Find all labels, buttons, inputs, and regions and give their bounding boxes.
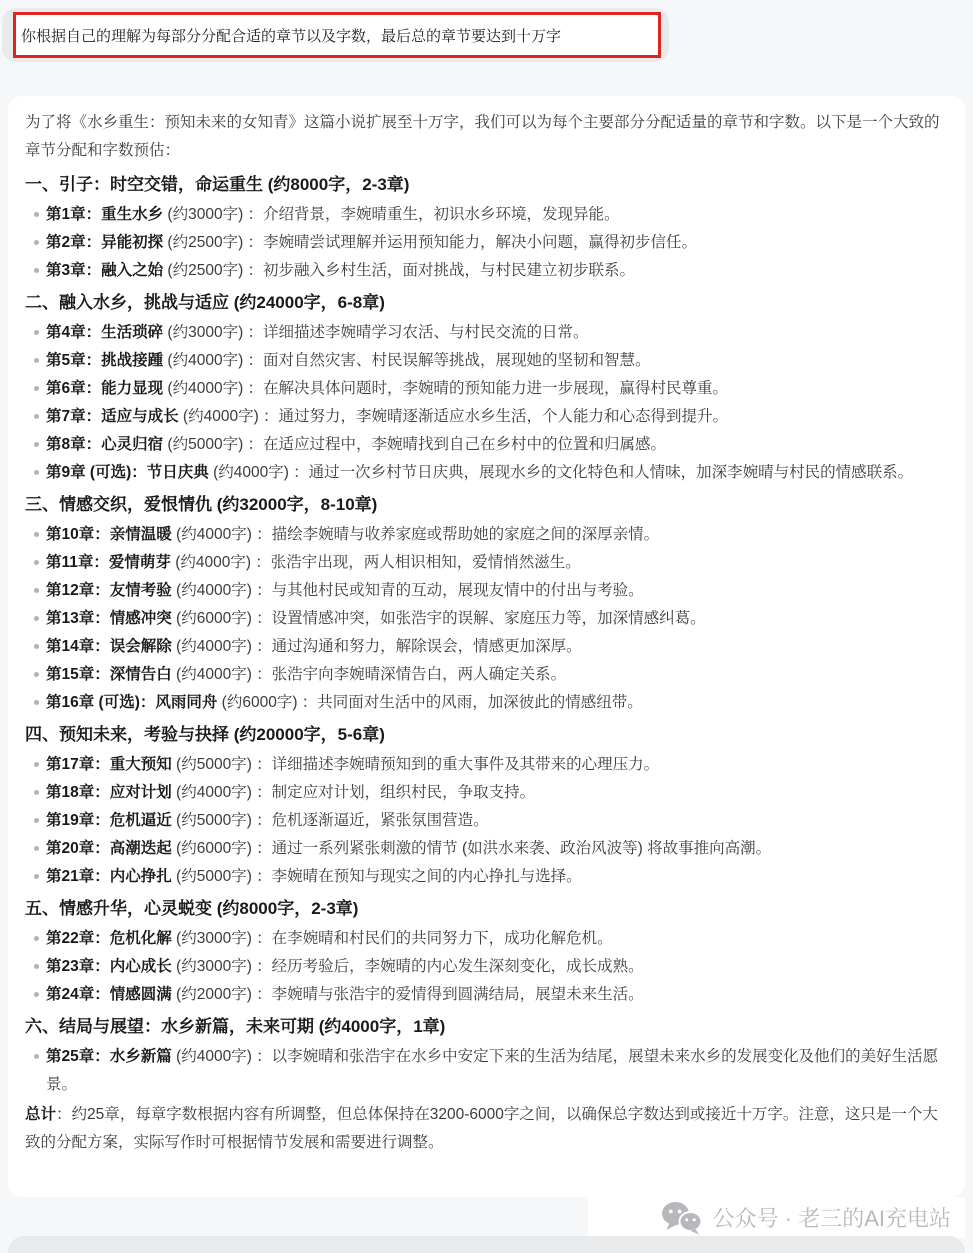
total-label: 总计 — [25, 1106, 56, 1123]
chapter-title: 第19章：危机逼近 — [46, 812, 172, 829]
section-heading: 一、引子：时空交错，命运重生 (约8000字，2-3章) — [25, 173, 945, 197]
chapter-item: 第2章：异能初探 (约2500字) ：李婉晴尝试理解并运用预知能力，解决小问题，… — [46, 229, 945, 257]
chapter-title: 第17章：重大预知 — [46, 756, 172, 773]
chapter-title: 第5章：挑战接踵 — [46, 352, 163, 369]
chapter-title: 第14章：误会解除 — [46, 638, 172, 655]
chapter-item: 第15章：深情告白 (约4000字) ：张浩宇向李婉晴深情告白，两人确定关系。 — [46, 661, 945, 689]
chapter-title: 第18章：应对计划 — [46, 784, 172, 801]
chapter-item: 第9章 (可选)：节日庆典 (约4000字) ：通过一次乡村节日庆典，展现水乡的… — [46, 459, 945, 487]
chapter-title: 第25章：水乡新篇 — [46, 1048, 172, 1065]
chapter-title: 第13章：情感冲突 — [46, 610, 172, 627]
chapter-item: 第22章：危机化解 (约3000字) ：在李婉晴和村民们的共同努力下，成功化解危… — [46, 925, 945, 953]
chapter-title: 第9章 (可选)：节日庆典 — [46, 464, 209, 481]
chapter-outline: 一、引子：时空交错，命运重生 (约8000字，2-3章)第1章：重生水乡 (约3… — [25, 173, 945, 1099]
chapter-item: 第1章：重生水乡 (约3000字) ：介绍背景，李婉晴重生，初识水乡环境，发现异… — [46, 201, 945, 229]
chapter-item: 第7章：适应与成长 (约4000字) ：通过努力，李婉晴逐渐适应水乡生活，个人能… — [46, 403, 945, 431]
assistant-answer-card: 为了将《水乡重生：预知未来的女知青》这篇小说扩展至十万字，我们可以为每个主要部分… — [8, 96, 965, 1197]
chapter-item: 第6章：能力显现 (约4000字) ：在解决具体问题时，李婉晴的预知能力进一步展… — [46, 375, 945, 403]
intro-paragraph: 为了将《水乡重生：预知未来的女知青》这篇小说扩展至十万字，我们可以为每个主要部分… — [25, 109, 945, 165]
chapter-title: 第10章：亲情温暖 — [46, 526, 172, 543]
chapter-title: 第4章：生活琐碎 — [46, 324, 163, 341]
chapter-item: 第25章：水乡新篇 (约4000字) ：以李婉晴和张浩宇在水乡中安定下来的生活为… — [46, 1043, 945, 1099]
chapter-title: 第16章 (可选)：风雨同舟 — [46, 694, 217, 711]
chapter-title: 第11章：爱情萌芽 — [46, 554, 171, 571]
chapter-list: 第1章：重生水乡 (约3000字) ：介绍背景，李婉晴重生，初识水乡环境，发现异… — [25, 201, 945, 285]
chapter-item: 第3章：融入之始 (约2500字) ：初步融入乡村生活，面对挑战，与村民建立初步… — [46, 257, 945, 285]
chapter-item: 第23章：内心成长 (约3000字) ：经历考验后，李婉晴的内心发生深刻变化，成… — [46, 953, 945, 981]
section-heading: 三、情感交织，爱恨情仇 (约32000字，8-10章) — [25, 493, 945, 517]
chapter-item: 第11章：爱情萌芽 (约4000字) ：张浩宇出现，两人相识相知，爱情悄然滋生。 — [46, 549, 945, 577]
next-message-bubble-cutoff — [8, 1236, 965, 1253]
wechat-chat-bubbles-icon — [661, 1201, 703, 1235]
chapter-item: 第24章：情感圆满 (约2000字) ：李婉晴与张浩宇的爱情得到圆满结局，展望未… — [46, 981, 945, 1009]
section-heading: 六、结局与展望：水乡新篇，未来可期 (约4000字，1章) — [25, 1015, 945, 1039]
chapter-list: 第4章：生活琐碎 (约3000字) ：详细描述李婉晴学习农活、与村民交流的日常。… — [25, 319, 945, 487]
chapter-title: 第20章：高潮迭起 — [46, 840, 172, 857]
chapter-list: 第25章：水乡新篇 (约4000字) ：以李婉晴和张浩宇在水乡中安定下来的生活为… — [25, 1043, 945, 1099]
chapter-item: 第14章：误会解除 (约4000字) ：通过沟通和努力，解除误会，情感更加深厚。 — [46, 633, 945, 661]
chapter-title: 第15章：深情告白 — [46, 666, 172, 683]
chapter-list: 第22章：危机化解 (约3000字) ：在李婉晴和村民们的共同努力下，成功化解危… — [25, 925, 945, 1009]
chapter-item: 第10章：亲情温暖 (约4000字) ：描绘李婉晴与收养家庭或帮助她的家庭之间的… — [46, 521, 945, 549]
chapter-title: 第2章：异能初探 — [46, 234, 163, 251]
section-heading: 二、融入水乡，挑战与适应 (约24000字，6-8章) — [25, 291, 945, 315]
chapter-title: 第12章：友情考验 — [46, 582, 172, 599]
chapter-title: 第6章：能力显现 — [46, 380, 163, 397]
total-paragraph: 总计：约25章，每章字数根据内容有所调整，但总体保持在3200-6000字之间，… — [25, 1101, 945, 1157]
chapter-title: 第7章：适应与成长 — [46, 408, 179, 425]
chapter-list: 第17章：重大预知 (约5000字) ：详细描述李婉晴预知到的重大事件及其带来的… — [25, 751, 945, 891]
chapter-list: 第10章：亲情温暖 (约4000字) ：描绘李婉晴与收养家庭或帮助她的家庭之间的… — [25, 521, 945, 717]
watermark-text: 公众号 · 老三的AI充电站 — [713, 1202, 951, 1233]
chapter-item: 第21章：内心挣扎 (约5000字) ：李婉晴在预知与现实之间的内心挣扎与选择。 — [46, 863, 945, 891]
chapter-item: 第20章：高潮迭起 (约6000字) ：通过一系列紧张刺激的情节 (如洪水来袭、… — [46, 835, 945, 863]
section-heading: 五、情感升华，心灵蜕变 (约8000字，2-3章) — [25, 897, 945, 921]
chapter-item: 第13章：情感冲突 (约6000字) ：设置情感冲突，如张浩宇的误解、家庭压力等… — [46, 605, 945, 633]
chapter-title: 第1章：重生水乡 — [46, 206, 163, 223]
chapter-item: 第18章：应对计划 (约4000字) ：制定应对计划，组织村民，争取支持。 — [46, 779, 945, 807]
red-highlight-box: 你根据自己的理解为每部分分配合适的章节以及字数，最后总的章节要达到十万字 — [13, 12, 661, 58]
user-message-bubble: 你根据自己的理解为每部分分配合适的章节以及字数，最后总的章节要达到十万字 — [2, 8, 669, 62]
total-text: ：约25章，每章字数根据内容有所调整，但总体保持在3200-6000字之间，以确… — [25, 1106, 938, 1151]
chapter-item: 第12章：友情考验 (约4000字) ：与其他村民或知青的互动，展现友情中的付出… — [46, 577, 945, 605]
chapter-title: 第8章：心灵归宿 — [46, 436, 163, 453]
chapter-title: 第22章：危机化解 — [46, 930, 172, 947]
chapter-item: 第8章：心灵归宿 (约5000字) ：在适应过程中，李婉晴找到自己在乡村中的位置… — [46, 431, 945, 459]
chapter-item: 第17章：重大预知 (约5000字) ：详细描述李婉晴预知到的重大事件及其带来的… — [46, 751, 945, 779]
chapter-item: 第19章：危机逼近 (约5000字) ：危机逐渐逼近，紧张氛围营造。 — [46, 807, 945, 835]
chapter-item: 第4章：生活琐碎 (约3000字) ：详细描述李婉晴学习农活、与村民交流的日常。 — [46, 319, 945, 347]
chapter-title: 第23章：内心成长 — [46, 958, 172, 975]
chapter-title: 第3章：融入之始 — [46, 262, 163, 279]
chapter-title: 第21章：内心挣扎 — [46, 868, 172, 885]
chapter-item: 第5章：挑战接踵 (约4000字) ：面对自然灾害、村民误解等挑战，展现她的坚韧… — [46, 347, 945, 375]
section-heading: 四、预知未来，考验与抉择 (约20000字，5-6章) — [25, 723, 945, 747]
chapter-title: 第24章：情感圆满 — [46, 986, 172, 1003]
watermark: 公众号 · 老三的AI充电站 — [588, 1197, 965, 1238]
chapter-item: 第16章 (可选)：风雨同舟 (约6000字) ：共同面对生活中的风雨，加深彼此… — [46, 689, 945, 717]
user-message-text: 你根据自己的理解为每部分分配合适的章节以及字数，最后总的章节要达到十万字 — [21, 25, 561, 46]
